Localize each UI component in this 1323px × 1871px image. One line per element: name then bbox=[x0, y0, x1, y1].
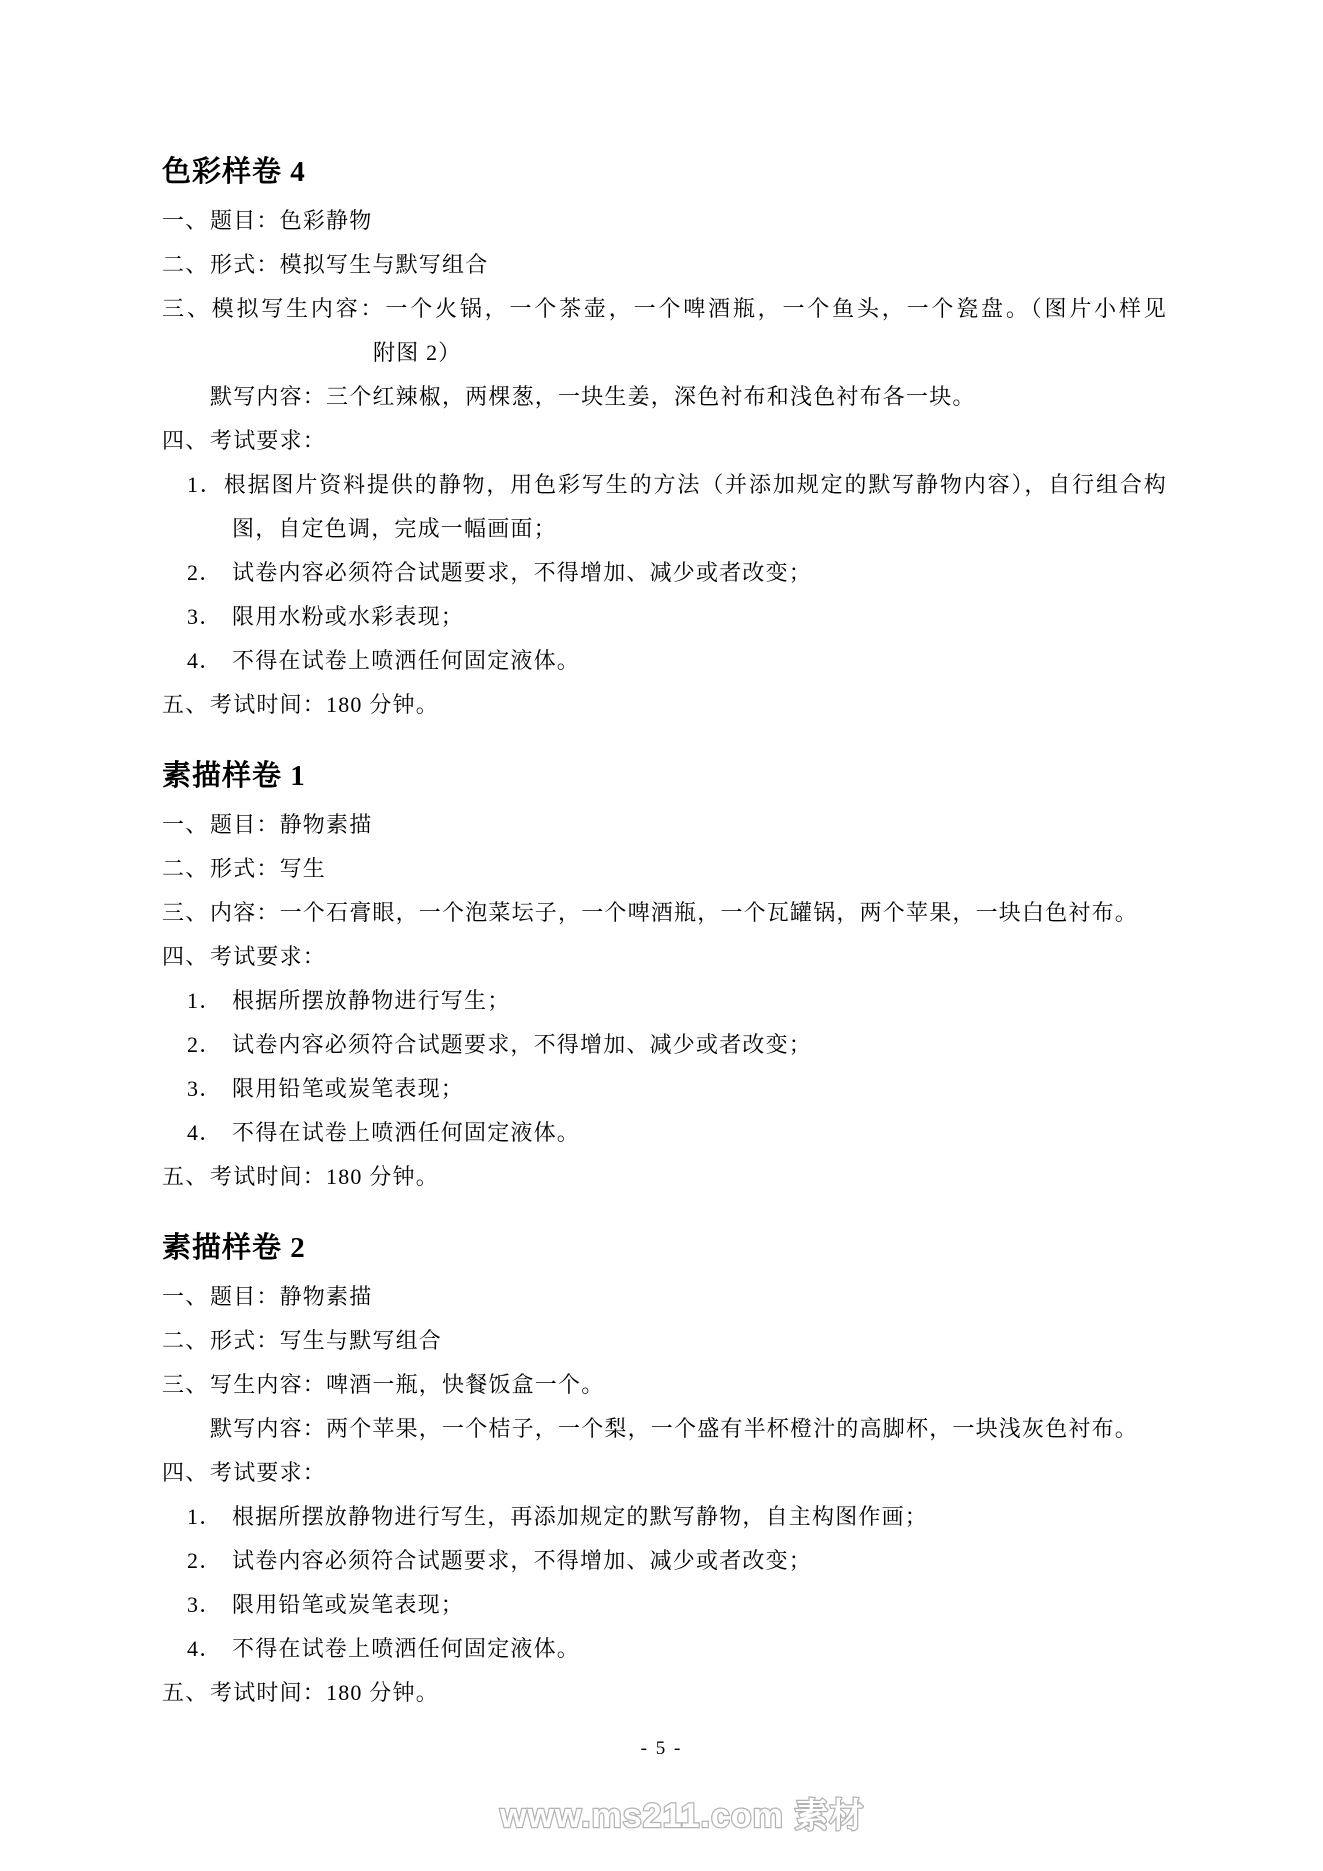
text-line: 3．限用铅笔或炭笔表现； bbox=[162, 1067, 1167, 1111]
text-line: 4．不得在试卷上喷洒任何固定液体。 bbox=[162, 639, 1167, 683]
text-line: 五、考试时间：180 分钟。 bbox=[162, 1671, 1167, 1715]
line-text: 形式：模拟写生与默写组合 bbox=[210, 252, 488, 277]
line-marker: 3． bbox=[187, 595, 232, 639]
text-line: 五、考试时间：180 分钟。 bbox=[162, 1155, 1167, 1199]
line-marker: 四、 bbox=[162, 935, 210, 979]
line-marker: 五、 bbox=[162, 683, 210, 727]
line-text: 内容：一个石膏眼，一个泡菜坛子，一个啤酒瓶，一个瓦罐锅，两个苹果，一块白色衬布。 bbox=[210, 900, 1138, 925]
text-line: 三、写生内容：啤酒一瓶，快餐饭盒一个。 bbox=[162, 1363, 1167, 1407]
text-line: 附图 2） bbox=[162, 331, 1167, 375]
line-text: 图，自定色调，完成一幅画面； bbox=[232, 516, 557, 541]
text-line: 2．试卷内容必须符合试题要求，不得增加、减少或者改变； bbox=[162, 551, 1167, 595]
line-text: 考试要求： bbox=[210, 1460, 326, 1485]
text-line: 一、题目：静物素描 bbox=[162, 1275, 1167, 1319]
section-title: 素描样卷 1 bbox=[162, 754, 1167, 798]
exam-section: 色彩样卷 4一、题目：色彩静物二、形式：模拟写生与默写组合三、模拟写生内容：一个… bbox=[162, 150, 1167, 727]
line-text: 根据图片资料提供的静物，用色彩写生的方法（并添加规定的默写静物内容），自行组合构 bbox=[224, 472, 1167, 497]
line-marker: 3． bbox=[187, 1067, 232, 1111]
text-line: 2．试卷内容必须符合试题要求，不得增加、减少或者改变； bbox=[162, 1023, 1167, 1067]
line-marker: 1． bbox=[187, 1495, 232, 1539]
line-marker: 4． bbox=[187, 1627, 232, 1671]
line-text: 形式：写生与默写组合 bbox=[210, 1328, 442, 1353]
text-line: 图，自定色调，完成一幅画面； bbox=[162, 507, 1167, 551]
text-line: 一、题目：静物素描 bbox=[162, 803, 1167, 847]
line-marker: 二、 bbox=[162, 847, 210, 891]
text-line: 默写内容：三个红辣椒，两棵葱，一块生姜，深色衬布和浅色衬布各一块。 bbox=[162, 375, 1167, 419]
line-marker: 4． bbox=[187, 1111, 232, 1155]
line-text: 考试时间：180 分钟。 bbox=[210, 1680, 439, 1705]
line-marker: 一、 bbox=[162, 1275, 210, 1319]
sections-container: 色彩样卷 4一、题目：色彩静物二、形式：模拟写生与默写组合三、模拟写生内容：一个… bbox=[162, 150, 1167, 1715]
text-line: 4．不得在试卷上喷洒任何固定液体。 bbox=[162, 1627, 1167, 1671]
text-line: 1．根据图片资料提供的静物，用色彩写生的方法（并添加规定的默写静物内容），自行组… bbox=[162, 463, 1167, 507]
section-title: 色彩样卷 4 bbox=[162, 150, 1167, 194]
line-marker: 二、 bbox=[162, 1319, 210, 1363]
line-text: 默写内容：两个苹果，一个桔子，一个梨，一个盛有半杯橙汁的高脚杯，一块浅灰色衬布。 bbox=[210, 1416, 1138, 1441]
text-line: 四、考试要求： bbox=[162, 1451, 1167, 1495]
text-line: 三、内容：一个石膏眼，一个泡菜坛子，一个啤酒瓶，一个瓦罐锅，两个苹果，一块白色衬… bbox=[162, 891, 1167, 935]
line-text: 考试时间：180 分钟。 bbox=[210, 1164, 439, 1189]
line-marker: 五、 bbox=[162, 1155, 210, 1199]
text-line: 3．限用铅笔或炭笔表现； bbox=[162, 1583, 1167, 1627]
watermark: www.ms211.com 素材 bbox=[500, 1788, 864, 1837]
line-marker: 2． bbox=[187, 551, 232, 595]
line-text: 题目：静物素描 bbox=[210, 1284, 372, 1309]
section-title: 素描样卷 2 bbox=[162, 1226, 1167, 1270]
line-text: 考试要求： bbox=[210, 428, 326, 453]
text-line: 默写内容：两个苹果，一个桔子，一个梨，一个盛有半杯橙汁的高脚杯，一块浅灰色衬布。 bbox=[162, 1407, 1167, 1451]
text-line: 3．限用水粉或水彩表现； bbox=[162, 595, 1167, 639]
line-text: 默写内容：三个红辣椒，两棵葱，一块生姜，深色衬布和浅色衬布各一块。 bbox=[210, 384, 976, 409]
line-marker: 四、 bbox=[162, 1451, 210, 1495]
document-page: 色彩样卷 4一、题目：色彩静物二、形式：模拟写生与默写组合三、模拟写生内容：一个… bbox=[0, 0, 1323, 1871]
line-text: 根据所摆放静物进行写生； bbox=[232, 988, 510, 1013]
line-text: 写生内容：啤酒一瓶，快餐饭盒一个。 bbox=[210, 1372, 604, 1397]
line-text: 考试时间：180 分钟。 bbox=[210, 692, 439, 717]
line-marker: 一、 bbox=[162, 803, 210, 847]
text-line: 2．试卷内容必须符合试题要求，不得增加、减少或者改变； bbox=[162, 1539, 1167, 1583]
text-line: 4．不得在试卷上喷洒任何固定液体。 bbox=[162, 1111, 1167, 1155]
exam-section: 素描样卷 2一、题目：静物素描二、形式：写生与默写组合三、写生内容：啤酒一瓶，快… bbox=[162, 1226, 1167, 1715]
line-marker: 4． bbox=[187, 639, 232, 683]
text-line: 二、形式：写生 bbox=[162, 847, 1167, 891]
line-marker: 二、 bbox=[162, 243, 210, 287]
line-marker: 3． bbox=[187, 1583, 232, 1627]
text-line: 一、题目：色彩静物 bbox=[162, 199, 1167, 243]
line-text: 考试要求： bbox=[210, 944, 326, 969]
line-marker: 五、 bbox=[162, 1671, 210, 1715]
line-marker: 三、 bbox=[162, 891, 210, 935]
line-marker: 1． bbox=[187, 472, 224, 497]
text-line: 四、考试要求： bbox=[162, 935, 1167, 979]
line-text: 不得在试卷上喷洒任何固定液体。 bbox=[232, 648, 580, 673]
line-marker: 2． bbox=[187, 1539, 232, 1583]
line-text: 根据所摆放静物进行写生，再添加规定的默写静物，自主构图作画； bbox=[232, 1504, 928, 1529]
line-text: 不得在试卷上喷洒任何固定液体。 bbox=[232, 1120, 580, 1145]
text-line: 1．根据所摆放静物进行写生； bbox=[162, 979, 1167, 1023]
line-text: 试卷内容必须符合试题要求，不得增加、减少或者改变； bbox=[232, 1548, 812, 1573]
line-marker: 三、 bbox=[162, 296, 212, 321]
text-line: 二、形式：模拟写生与默写组合 bbox=[162, 243, 1167, 287]
line-text: 题目：色彩静物 bbox=[210, 208, 372, 233]
text-line: 三、模拟写生内容：一个火锅，一个茶壶，一个啤酒瓶，一个鱼头，一个瓷盘。（图片小样… bbox=[162, 287, 1167, 331]
line-text: 模拟写生内容：一个火锅，一个茶壶，一个啤酒瓶，一个鱼头，一个瓷盘。（图片小样见 bbox=[212, 296, 1167, 321]
line-text: 不得在试卷上喷洒任何固定液体。 bbox=[232, 1636, 580, 1661]
line-marker: 三、 bbox=[162, 1363, 210, 1407]
text-line: 五、考试时间：180 分钟。 bbox=[162, 683, 1167, 727]
line-marker: 四、 bbox=[162, 419, 210, 463]
line-text: 限用铅笔或炭笔表现； bbox=[232, 1592, 464, 1617]
page-number: - 5 - bbox=[0, 1738, 1323, 1760]
line-text: 限用水粉或水彩表现； bbox=[232, 604, 464, 629]
line-marker: 1． bbox=[187, 979, 232, 1023]
exam-section: 素描样卷 1一、题目：静物素描二、形式：写生三、内容：一个石膏眼，一个泡菜坛子，… bbox=[162, 754, 1167, 1199]
line-text: 附图 2） bbox=[373, 340, 462, 365]
text-line: 二、形式：写生与默写组合 bbox=[162, 1319, 1167, 1363]
line-text: 限用铅笔或炭笔表现； bbox=[232, 1076, 464, 1101]
text-line: 1．根据所摆放静物进行写生，再添加规定的默写静物，自主构图作画； bbox=[162, 1495, 1167, 1539]
line-text: 形式：写生 bbox=[210, 856, 326, 881]
line-marker: 一、 bbox=[162, 199, 210, 243]
line-text: 试卷内容必须符合试题要求，不得增加、减少或者改变； bbox=[232, 1032, 812, 1057]
text-line: 四、考试要求： bbox=[162, 419, 1167, 463]
line-text: 试卷内容必须符合试题要求，不得增加、减少或者改变； bbox=[232, 560, 812, 585]
line-marker: 2． bbox=[187, 1023, 232, 1067]
line-text: 题目：静物素描 bbox=[210, 812, 372, 837]
